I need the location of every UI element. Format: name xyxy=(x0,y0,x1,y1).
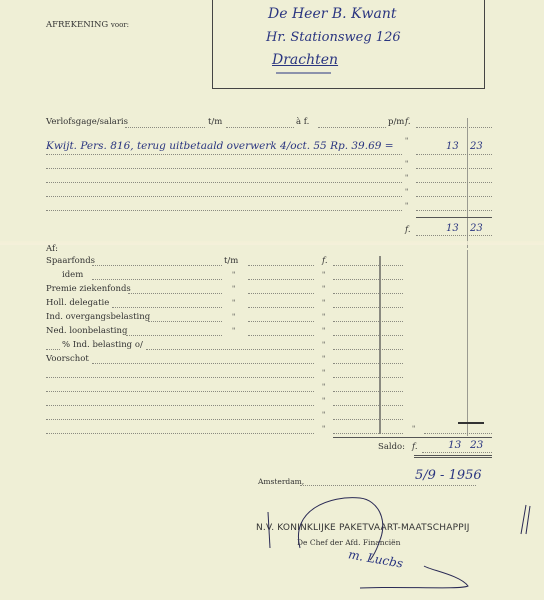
signature-strokes xyxy=(0,0,544,600)
